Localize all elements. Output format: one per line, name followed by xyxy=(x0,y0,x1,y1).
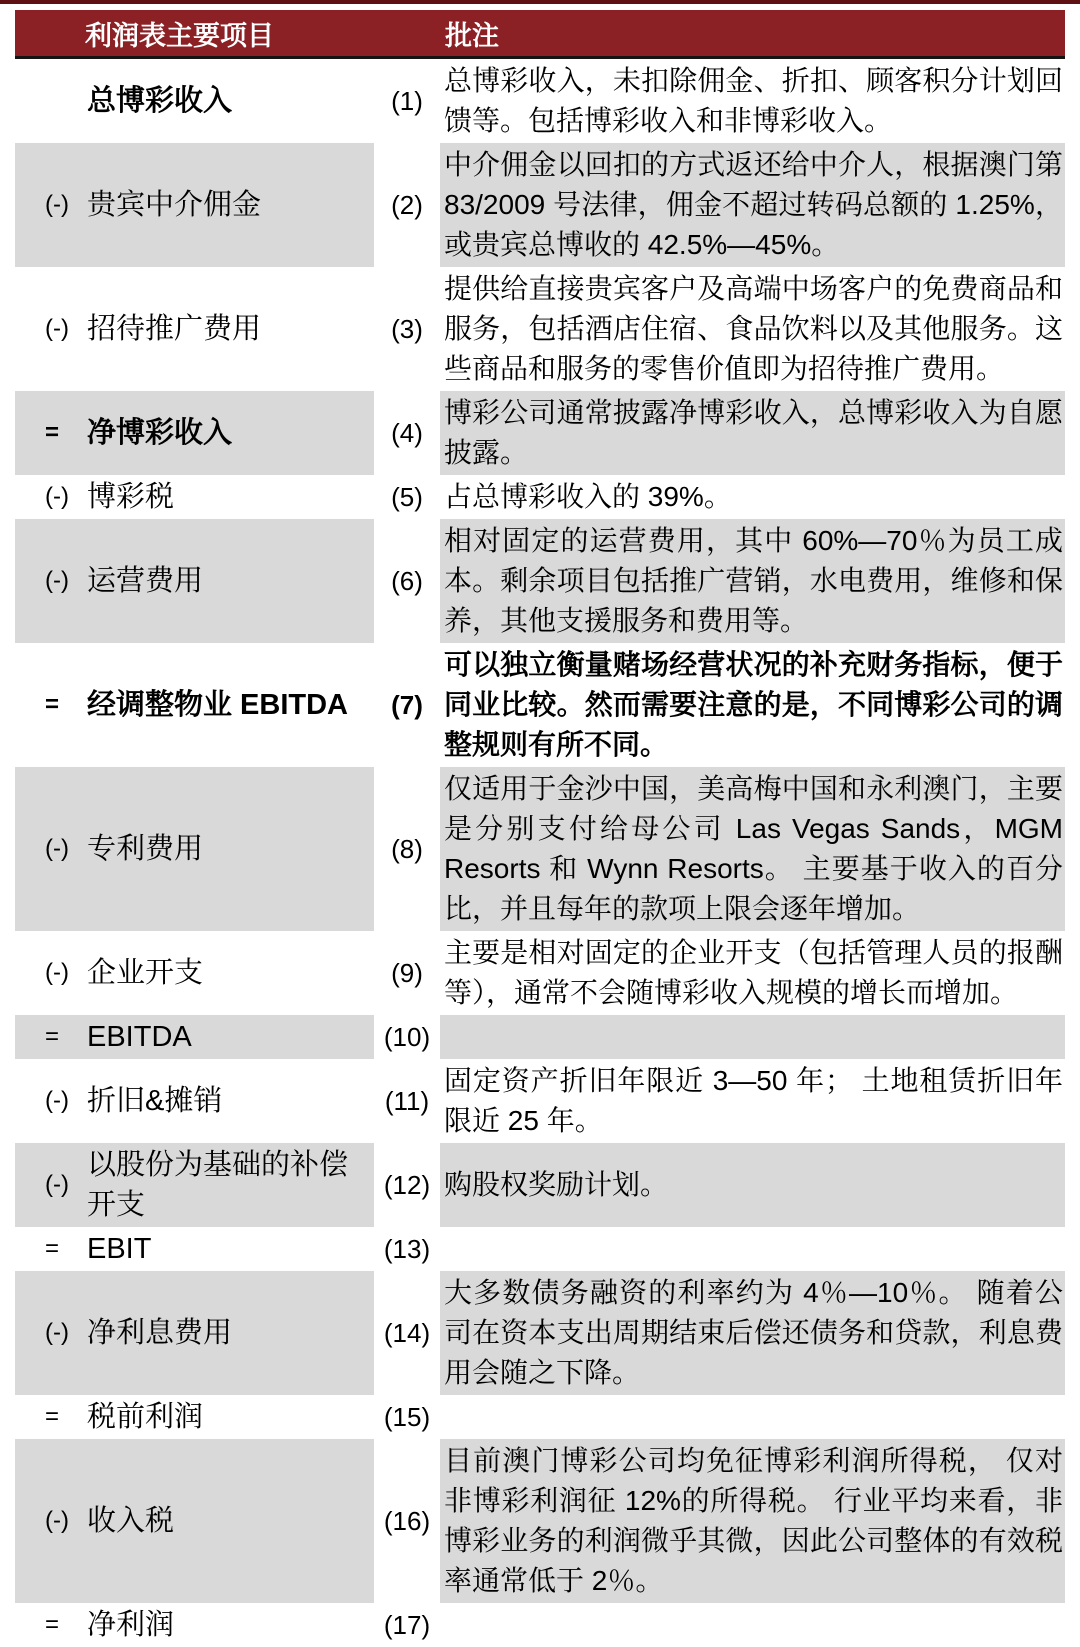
table-inner: 利润表主要项目 批注 总博彩收入(1)总博彩收入，未扣除佣金、折扣、顾客积分计划… xyxy=(15,10,1065,1647)
note-cell: 购股权奖励计划。 xyxy=(440,1143,1065,1227)
table-row: (-)折旧&摊销(11)固定资产折旧年限近 3—50 年； 土地租赁折旧年限近 … xyxy=(15,1059,1065,1143)
item-cell: 总博彩收入 xyxy=(15,59,374,143)
note-cell: 相对固定的运营费用，其中 60%—70％为员工成本。剩余项目包括推广营销，水电费… xyxy=(440,519,1065,643)
item-cell: (-)贵宾中介佣金 xyxy=(15,143,374,267)
operator-label: (-) xyxy=(45,191,87,219)
table-header-row: 利润表主要项目 批注 xyxy=(15,10,1065,56)
table-row: (-)运营费用(6)相对固定的运营费用，其中 60%—70％为员工成本。剩余项目… xyxy=(15,519,1065,643)
item-label: 招待推广费用 xyxy=(87,309,374,349)
note-cell: 博彩公司通常披露净博彩收入，总博彩收入为自愿披露。 xyxy=(440,391,1065,475)
item-label: 净博彩收入 xyxy=(87,413,374,453)
item-cell: =净博彩收入 xyxy=(15,391,374,475)
item-label: 收入税 xyxy=(87,1501,374,1541)
note-text: 相对固定的运营费用，其中 60%—70％为员工成本。剩余项目包括推广营销，水电费… xyxy=(444,521,1063,641)
note-cell: 总博彩收入，未扣除佣金、折扣、顾客积分计划回馈等。包括博彩收入和非博彩收入。 xyxy=(440,59,1065,143)
header-items-column: 利润表主要项目 xyxy=(15,14,374,53)
table-row: (-)以股份为基础的补偿开支(12)购股权奖励计划。 xyxy=(15,1143,1065,1227)
table-row: =净利润(17) xyxy=(15,1603,1065,1647)
note-cell xyxy=(440,1603,1065,1647)
note-text: 博彩公司通常披露净博彩收入，总博彩收入为自愿披露。 xyxy=(444,393,1063,473)
table-row: =税前利润(15) xyxy=(15,1395,1065,1439)
row-number: (15) xyxy=(374,1395,440,1439)
operator-label: (-) xyxy=(45,959,87,987)
item-label: 运营费用 xyxy=(87,561,374,601)
row-number: (3) xyxy=(374,267,440,391)
row-number: (10) xyxy=(374,1015,440,1059)
row-number: (12) xyxy=(374,1143,440,1227)
note-cell: 提供给直接贵宾客户及高端中场客户的免费商品和服务，包括酒店住宿、食品饮料以及其他… xyxy=(440,267,1065,391)
header-notes-column: 批注 xyxy=(440,14,1065,53)
note-cell: 占总博彩收入的 39%。 xyxy=(440,475,1065,519)
item-label: 贵宾中介佣金 xyxy=(87,185,374,225)
note-text: 占总博彩收入的 39%。 xyxy=(444,477,1063,517)
table-row: (-)招待推广费用(3)提供给直接贵宾客户及高端中场客户的免费商品和服务，包括酒… xyxy=(15,267,1065,391)
item-cell: (-)收入税 xyxy=(15,1439,374,1603)
table-row: (-)收入税(16)目前澳门博彩公司均免征博彩利润所得税， 仅对非博彩利润征 1… xyxy=(15,1439,1065,1603)
note-text: 目前澳门博彩公司均免征博彩利润所得税， 仅对非博彩利润征 12%的所得税。 行业… xyxy=(444,1441,1063,1601)
operator-label: (-) xyxy=(45,1087,87,1115)
note-cell: 目前澳门博彩公司均免征博彩利润所得税， 仅对非博彩利润征 12%的所得税。 行业… xyxy=(440,1439,1065,1603)
operator-label: (-) xyxy=(45,483,87,511)
note-cell: 仅适用于金沙中国，美高梅中国和永利澳门，主要是分别支付给母公司 Las Vega… xyxy=(440,767,1065,931)
item-label: 总博彩收入 xyxy=(87,81,374,121)
table-row: (-)贵宾中介佣金(2)中介佣金以回扣的方式返还给中介人，根据澳门第 83/20… xyxy=(15,143,1065,267)
row-number: (14) xyxy=(374,1271,440,1395)
operator-label: = xyxy=(45,1235,87,1263)
row-number: (6) xyxy=(374,519,440,643)
note-text: 主要是相对固定的企业开支（包括管理人员的报酬等），通常不会随博彩收入规模的增长而… xyxy=(444,933,1063,1013)
item-cell: =经调整物业 EBITDA xyxy=(15,643,374,767)
item-label: EBITDA xyxy=(87,1017,374,1057)
note-text: 总博彩收入，未扣除佣金、折扣、顾客积分计划回馈等。包括博彩收入和非博彩收入。 xyxy=(444,61,1063,141)
operator-label: (-) xyxy=(45,315,87,343)
operator-label: (-) xyxy=(45,1507,87,1535)
note-cell: 主要是相对固定的企业开支（包括管理人员的报酬等），通常不会随博彩收入规模的增长而… xyxy=(440,931,1065,1015)
operator-label: (-) xyxy=(45,567,87,595)
note-text: 固定资产折旧年限近 3—50 年； 土地租赁折旧年限近 25 年。 xyxy=(444,1061,1063,1141)
note-text: 大多数债务融资的利率约为 4％—10％。 随着公司在资本支出周期结束后偿还债务和… xyxy=(444,1273,1063,1393)
table-body: 总博彩收入(1)总博彩收入，未扣除佣金、折扣、顾客积分计划回馈等。包括博彩收入和… xyxy=(15,59,1065,1647)
note-text: 中介佣金以回扣的方式返还给中介人，根据澳门第 83/2009 号法律，佣金不超过… xyxy=(444,145,1063,265)
item-cell: (-)招待推广费用 xyxy=(15,267,374,391)
item-label: 经调整物业 EBITDA xyxy=(87,685,374,725)
table-row: (-)净利息费用(14)大多数债务融资的利率约为 4％—10％。 随着公司在资本… xyxy=(15,1271,1065,1395)
row-number: (8) xyxy=(374,767,440,931)
note-text: 可以独立衡量赌场经营状况的补充财务指标，便于同业比较。然而需要注意的是，不同博彩… xyxy=(444,645,1063,765)
item-label: 税前利润 xyxy=(87,1397,374,1437)
table-row: (-)博彩税(5)占总博彩收入的 39%。 xyxy=(15,475,1065,519)
row-number: (7) xyxy=(374,643,440,767)
note-text: 提供给直接贵宾客户及高端中场客户的免费商品和服务，包括酒店住宿、食品饮料以及其他… xyxy=(444,269,1063,389)
operator-label: (-) xyxy=(45,1319,87,1347)
row-number: (2) xyxy=(374,143,440,267)
item-label: 折旧&摊销 xyxy=(87,1081,374,1121)
item-cell: =EBIT xyxy=(15,1227,374,1271)
table-row: =净博彩收入(4)博彩公司通常披露净博彩收入，总博彩收入为自愿披露。 xyxy=(15,391,1065,475)
note-cell xyxy=(440,1395,1065,1439)
operator-label: = xyxy=(45,419,87,447)
item-cell: =净利润 xyxy=(15,1603,374,1647)
table-row: =EBITDA(10) xyxy=(15,1015,1065,1059)
note-text: 购股权奖励计划。 xyxy=(444,1165,1063,1205)
note-cell: 固定资产折旧年限近 3—50 年； 土地租赁折旧年限近 25 年。 xyxy=(440,1059,1065,1143)
row-number: (9) xyxy=(374,931,440,1015)
row-number: (4) xyxy=(374,391,440,475)
note-cell: 可以独立衡量赌场经营状况的补充财务指标，便于同业比较。然而需要注意的是，不同博彩… xyxy=(440,643,1065,767)
operator-label: = xyxy=(45,691,87,719)
note-cell xyxy=(440,1227,1065,1271)
note-text: 仅适用于金沙中国，美高梅中国和永利澳门，主要是分别支付给母公司 Las Vega… xyxy=(444,769,1063,929)
table-row: 总博彩收入(1)总博彩收入，未扣除佣金、折扣、顾客积分计划回馈等。包括博彩收入和… xyxy=(15,59,1065,143)
operator-label: = xyxy=(45,1611,87,1639)
item-cell: =税前利润 xyxy=(15,1395,374,1439)
row-number: (16) xyxy=(374,1439,440,1603)
table-row: =EBIT(13) xyxy=(15,1227,1065,1271)
table-row: (-)专利费用(8)仅适用于金沙中国，美高梅中国和永利澳门，主要是分别支付给母公… xyxy=(15,767,1065,931)
row-number: (1) xyxy=(374,59,440,143)
item-cell: (-)折旧&摊销 xyxy=(15,1059,374,1143)
item-cell: (-)净利息费用 xyxy=(15,1271,374,1395)
item-label: 净利润 xyxy=(87,1605,374,1645)
item-cell: =EBITDA xyxy=(15,1015,374,1059)
row-number: (13) xyxy=(374,1227,440,1271)
operator-label: = xyxy=(45,1023,87,1051)
operator-label: (-) xyxy=(45,1171,87,1199)
item-label: 净利息费用 xyxy=(87,1313,374,1353)
table-row: (-)企业开支(9)主要是相对固定的企业开支（包括管理人员的报酬等），通常不会随… xyxy=(15,931,1065,1015)
operator-label: = xyxy=(45,1403,87,1431)
operator-label: (-) xyxy=(45,835,87,863)
item-label: 博彩税 xyxy=(87,477,374,517)
note-cell: 中介佣金以回扣的方式返还给中介人，根据澳门第 83/2009 号法律，佣金不超过… xyxy=(440,143,1065,267)
item-cell: (-)专利费用 xyxy=(15,767,374,931)
item-label: EBIT xyxy=(87,1229,374,1269)
row-number: (17) xyxy=(374,1603,440,1647)
item-label: 专利费用 xyxy=(87,829,374,869)
item-label: 以股份为基础的补偿开支 xyxy=(87,1145,374,1225)
item-cell: (-)企业开支 xyxy=(15,931,374,1015)
table-row: =经调整物业 EBITDA(7)可以独立衡量赌场经营状况的补充财务指标，便于同业… xyxy=(15,643,1065,767)
row-number: (5) xyxy=(374,475,440,519)
note-cell: 大多数债务融资的利率约为 4％—10％。 随着公司在资本支出周期结束后偿还债务和… xyxy=(440,1271,1065,1395)
item-cell: (-)博彩税 xyxy=(15,475,374,519)
note-cell xyxy=(440,1015,1065,1059)
income-statement-table: 利润表主要项目 批注 总博彩收入(1)总博彩收入，未扣除佣金、折扣、顾客积分计划… xyxy=(0,0,1080,1647)
item-cell: (-)以股份为基础的补偿开支 xyxy=(15,1143,374,1227)
item-cell: (-)运营费用 xyxy=(15,519,374,643)
row-number: (11) xyxy=(374,1059,440,1143)
item-label: 企业开支 xyxy=(87,953,374,993)
